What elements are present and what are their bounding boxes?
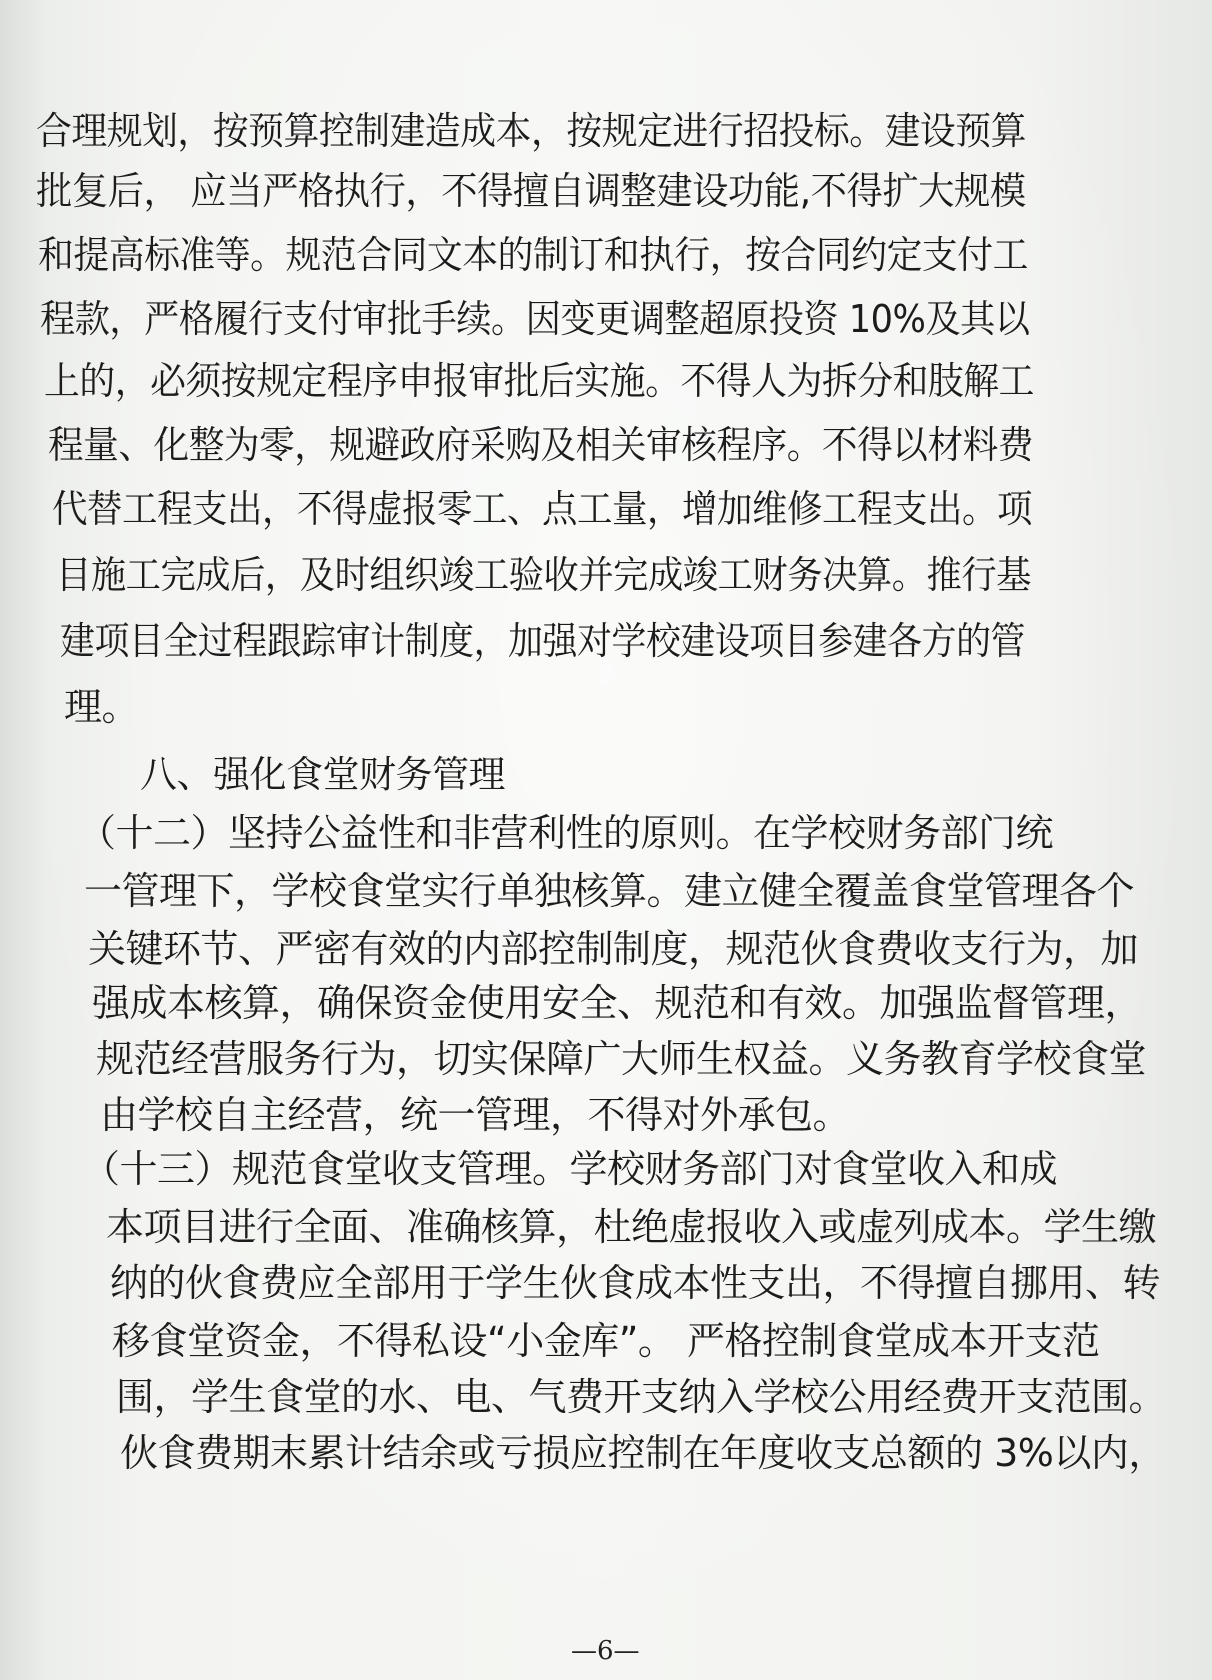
paragraph-13-line: 移食堂资金，不得私设“小金库”。 严格控制食堂成本开支范 [112,1318,1099,1364]
body-line: 上的，必须按规定程序申报审批后实施。不得人为拆分和肢解工 [44,358,1034,404]
paragraph-12-line: 强成本核算，确保资金使用安全、规范和有效。加强监督管理， [92,980,1142,1026]
document-page: 合理规划，按预算控制建造成本，按规定进行招投标。建设预算 批复后， 应当严格执行… [0,0,1212,1680]
body-line: 程量、化整为零，规避政府采购及相关审核程序。不得以材料费 [48,422,1033,468]
page-number: —6— [571,1636,640,1666]
paragraph-13-line: 纳的伙食费应全部用于学生伙食成本性支出，不得擅自挪用、转 [110,1260,1160,1306]
paragraph-13-line: 本项目进行全面、准确核算，杜绝虚报收入或虚列成本。学生缴 [106,1204,1156,1250]
paragraph-12-line: 一管理下，学校食堂实行单独核算。建立健全覆盖食堂管理各个 [84,868,1134,914]
paragraph-12-line: 由学校自主经营，统一管理，不得对外承包。 [100,1092,850,1138]
body-line: 合理规划，按预算控制建造成本，按规定进行招投标。建设预算 [36,108,1026,154]
paragraph-13-line: （十三）规范食堂收支管理。学校财务部门对食堂收入和成 [82,1146,1057,1192]
body-line: 目施工完成后，及时组织竣工验收并完成竣工财务决算。推行基 [56,552,1031,598]
body-line: 建项目全过程跟踪审计制度，加强对学校建设项目参建各方的管 [60,618,1025,664]
section-heading: 八、强化食堂财务管理 [140,752,505,798]
body-line: 代替工程支出，不得虚报零工、点工量，增加维修工程支出。项 [52,486,1032,532]
paragraph-13-line: 围，学生食堂的水、电、气费开支纳入学校公用经费开支范围。 [116,1374,1166,1420]
body-line: 理。 [64,684,139,730]
paragraph-12-line: 关键环节、严密有效的内部控制制度，规范伙食费收支行为，加 [88,926,1138,972]
body-line: 和提高标准等。规范合同文本的制订和执行，按合同约定支付工 [38,232,1028,278]
paragraph-12-line: 规范经营服务行为，切实保障广大师生权益。义务教育学校食堂 [96,1036,1146,1082]
body-line: 批复后， 应当严格执行，不得擅自调整建设功能,不得扩大规模 [36,168,1026,214]
paragraph-12-line: （十二）坚持公益性和非营利性的原则。在学校财务部门统 [78,810,1053,856]
paragraph-13-line: 伙食费期末累计结余或亏损应控制在年度收支总额的 3%以内， [120,1430,1166,1476]
body-line: 程款，严格履行支付审批手续。因变更调整超原投资 10%及其以 [40,296,1030,342]
